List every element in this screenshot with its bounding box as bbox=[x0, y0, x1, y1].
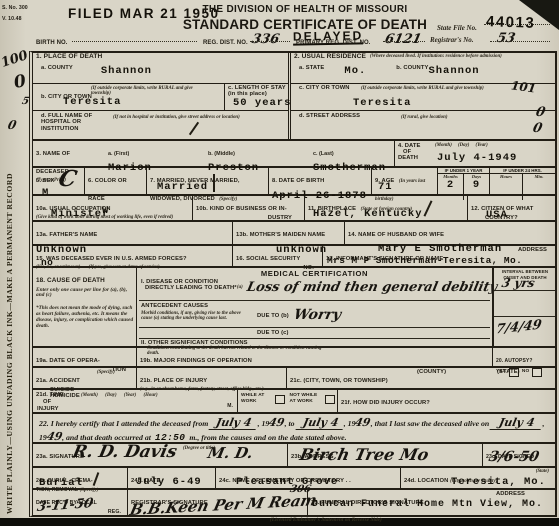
armed-forces-value: no bbox=[41, 257, 53, 268]
certify-to-year: 49 bbox=[354, 416, 372, 429]
not-while-at-work-label: NOT WHILE AT WORK bbox=[290, 393, 324, 406]
accident-specify-note: (Specify) bbox=[97, 370, 115, 375]
residence-city-note: (If outside corporate limits, write RURA… bbox=[361, 86, 511, 91]
row-sex-race-age: 5. SEX M C 6. COLOR OR RACE W 7. MARRIED… bbox=[33, 168, 555, 196]
date-of-death-columns: (Month) (Day) (Year) bbox=[435, 143, 488, 148]
injury-state-label: (STATE) bbox=[497, 369, 520, 375]
handwritten-date-scribble: 7/4/49 bbox=[495, 317, 543, 337]
row-accident-injury-place: 21a. ACCIDENT SUICIDE HOMICIDE (Specify)… bbox=[33, 368, 555, 390]
registrar-number: 53 bbox=[495, 31, 516, 46]
informant-value: Mrs M P Smotherman-Teresita, Mo. bbox=[327, 255, 522, 266]
birthplace-value: Hazel, Kentucky bbox=[313, 208, 423, 220]
handwritten-margin-mark: 0 bbox=[7, 118, 18, 132]
reg-dist-number: 336 bbox=[250, 32, 280, 47]
row-parents-spouse: 13a. FATHER'S NAME Unknown 13b. MOTHER'S… bbox=[33, 222, 555, 246]
state-file-label: State File No. bbox=[437, 26, 477, 31]
handwritten-slash-mark bbox=[424, 200, 433, 216]
first-name-label: a. (First) bbox=[108, 151, 129, 157]
row-occupation-birthplace: 10a. USUAL OCCUPATION (Give kind of work… bbox=[33, 196, 555, 222]
cause-of-death-sidebar: 18. CAUSE OF DEATH Enter only one cause … bbox=[33, 268, 137, 346]
date-of-birth-label: 8. DATE OF BIRTH bbox=[272, 178, 324, 184]
certify-text: , to bbox=[285, 419, 295, 428]
county-label: a. COUNTY bbox=[41, 65, 73, 83]
last-name-label: c. (Last) bbox=[313, 151, 334, 157]
time-of-injury-injury: INJURY bbox=[37, 406, 59, 412]
disease-condition-label2: DIRECTLY LEADING TO DEATH* bbox=[145, 285, 237, 291]
how-did-injury-occur-label: 21f. HOW DID INJURY OCCUR? bbox=[341, 400, 430, 406]
residence-city-label: c. CITY OR TOWN bbox=[299, 85, 350, 110]
registrar-line bbox=[490, 41, 550, 42]
handwritten-tick-mark bbox=[213, 174, 215, 192]
injury-city-label: 21c. (CITY, TOWN, OR TOWNSHIP) bbox=[290, 378, 388, 384]
division-title: THE DIVISION OF HEALTH OF MISSOURI bbox=[160, 4, 450, 15]
row-name-date-of-death: 3. NAME OF DECEASED (Type or Print) a. (… bbox=[33, 141, 555, 168]
death-certificate-scan: S. No. 300 V. 10.48 WRITE PLAINLY—USING … bbox=[0, 0, 559, 526]
section-usual-residence: 2. USUAL RESIDENCE (Where deceased lived… bbox=[291, 53, 555, 139]
primary-reg-line bbox=[383, 41, 425, 42]
industry-label: 10b. KIND OF BUSINESS OR IN- bbox=[196, 206, 287, 212]
disease-condition-tag: (a) bbox=[237, 285, 243, 290]
certificate-form: 1. PLACE OF DEATH a. COUNTY Shannon b. C… bbox=[29, 51, 557, 517]
handwritten-margin-mark: 100 bbox=[0, 48, 30, 71]
burial-date-value: July 6-49 bbox=[136, 476, 202, 488]
certify-to-date: July 4 bbox=[295, 416, 345, 430]
time-of-injury-columns: (Month) (Day) (Year) (Hour) bbox=[81, 393, 158, 398]
due-to-c-label: DUE TO (c) bbox=[257, 330, 289, 336]
certify-text: 22. I hereby certify that I attended the… bbox=[39, 419, 208, 428]
industry-label-2: DUSTRY bbox=[196, 215, 302, 221]
certify-text: m., from the causes and on the date stat… bbox=[189, 433, 346, 442]
antecedent-causes-label: ANTECEDENT CAUSES bbox=[141, 303, 208, 309]
row-time-of-injury: 21d. TIME OF INJURY (Month) (Day) (Year)… bbox=[33, 390, 555, 414]
hours-label: Hours bbox=[490, 174, 522, 179]
accident-label: 21a. ACCIDENT bbox=[36, 378, 80, 384]
major-findings-label: 19b. MAJOR FINDINGS OF OPERATION bbox=[140, 358, 252, 364]
cause-of-death-label: 18. CAUSE OF DEATH bbox=[36, 277, 105, 284]
birth-no-line bbox=[72, 41, 197, 42]
row-physician-signature: 23a. SIGNATURE R. D. Davis M. D. (Degree… bbox=[33, 444, 555, 467]
handwritten-slash-mark bbox=[93, 472, 99, 486]
form-number: S. No. 300 bbox=[2, 5, 28, 11]
ssn-label: 16. SOCIAL SECURITY bbox=[236, 256, 300, 262]
row-armedforces-informant: 15. WAS DECEASED EVER IN U.S. ARMED FORC… bbox=[33, 246, 555, 268]
primary-reg-label: PRIMARY REG. DIST. NO. bbox=[296, 40, 371, 46]
residence-county-label: b. COUNTY bbox=[396, 65, 428, 83]
row-certify-statement: 22. I hereby certify that I attended the… bbox=[33, 414, 555, 444]
handwritten-slash-mark bbox=[189, 122, 199, 135]
city-town-value: Teresita bbox=[63, 96, 121, 108]
physician-signature: R. D. Davis bbox=[71, 442, 179, 462]
street-address-note: (If rural, give location) bbox=[401, 115, 447, 120]
injury-county-label: (COUNTY) bbox=[417, 369, 446, 375]
cause-of-death-footnote: *This does not mean the mode of dying, s… bbox=[36, 305, 134, 329]
length-of-stay-label: c. LENGTH OF STAY (in this place) bbox=[228, 85, 288, 98]
hospital-name-note: (If not in hospital or institution, give… bbox=[113, 115, 278, 120]
armed-forces-label: 15. WAS DECEASED EVER IN U.S. ARMED FORC… bbox=[36, 256, 187, 262]
min-label: Min. bbox=[523, 174, 555, 179]
cause-a-handwritten: Loss of mind then general debility bbox=[245, 280, 498, 295]
medical-certification-area: MEDICAL CERTIFICATION I. DISEASE OR COND… bbox=[137, 268, 493, 346]
margin-instruction-text: WRITE PLAINLY—USING UNFADING BLACK INK—M… bbox=[5, 100, 14, 514]
age-value: 71 bbox=[378, 181, 393, 193]
physician-address-handwritten: Birch Tree Mo bbox=[298, 445, 431, 464]
citizen-value: USA bbox=[486, 209, 508, 221]
certify-text: alive on bbox=[464, 419, 489, 428]
registrar-no-label: Registrar's No. bbox=[430, 38, 474, 43]
primary-reg-number: 6121 bbox=[383, 32, 422, 47]
section-place-of-death: 1. PLACE OF DEATH a. COUNTY Shannon b. C… bbox=[33, 53, 291, 139]
handwritten-tally: 0 bbox=[534, 105, 546, 120]
burial-location-state-note: (State) bbox=[536, 469, 549, 474]
funeral-director-address-label: ADDRESS bbox=[496, 491, 525, 497]
not-while-at-work-checkbox bbox=[325, 395, 335, 404]
sex-label: 5. SEX bbox=[36, 178, 55, 184]
residence-state-label: a. STATE bbox=[299, 65, 324, 83]
reg-dist-label: REG. DIST. NO. bbox=[203, 40, 248, 46]
birth-no-label: BIRTH NO. bbox=[36, 40, 68, 46]
handwritten-tally: 0 bbox=[531, 121, 543, 136]
embalmer-footer-note: (Licensed Embalmer's Statement on Revers… bbox=[270, 518, 382, 523]
certify-lastseen-year: 49 bbox=[45, 430, 63, 443]
place-of-injury-label: 21b. PLACE OF INJURY bbox=[140, 378, 207, 384]
certify-text: , that I last saw the deceased bbox=[371, 419, 462, 428]
months-value: 2 bbox=[438, 179, 463, 191]
burial-value: Burial bbox=[39, 477, 83, 489]
certify-from-year: 49 bbox=[268, 416, 286, 429]
handwritten-margin-mark: 0 bbox=[12, 71, 27, 93]
middle-name-label: b. (Middle) bbox=[208, 151, 235, 157]
while-at-work-checkbox bbox=[275, 395, 285, 404]
length-of-stay-value: 50 years bbox=[233, 97, 291, 109]
residence-state-value: Mo. bbox=[344, 65, 366, 83]
date-of-operation-label: 19a. DATE OF OPERA- bbox=[36, 358, 100, 364]
cemetery-value: Pleasant Grove bbox=[236, 476, 338, 488]
hospital-name-label: d. FULL NAME OF HOSPITAL OR INSTITUTION bbox=[41, 113, 111, 139]
cause-b-handwritten: Worry bbox=[292, 307, 342, 323]
handwritten-tally: 101 bbox=[510, 78, 537, 95]
interval-column: INTERVAL BETWEEN ONSET AND DEATH 3 yrs 7… bbox=[493, 268, 555, 346]
due-to-b-label: DUE TO (b) bbox=[257, 313, 289, 319]
time-of-injury-m: M. bbox=[227, 403, 233, 409]
row-operation-autopsy: 19a. DATE OF OPERA- TION 19b. MAJOR FIND… bbox=[33, 348, 555, 368]
usual-residence-title: 2. USUAL RESIDENCE bbox=[294, 54, 366, 64]
row-registrar-funeral: DATE REC'D BY LOCAL REG. 3-11-50 REGISTR… bbox=[33, 490, 555, 515]
cause-of-death-sub: Enter only one cause per line for (a), (… bbox=[36, 288, 134, 299]
time-of-injury-label: 21d. TIME bbox=[36, 392, 64, 398]
usual-residence-note: (Where deceased lived. If institution: r… bbox=[370, 54, 502, 64]
mother-name-label: 13b. MOTHER'S MAIDEN NAME bbox=[236, 232, 325, 238]
marital-value: Married bbox=[157, 181, 208, 193]
residence-city-value: Teresita bbox=[353, 97, 411, 109]
interval-value: 3 yrs bbox=[501, 276, 537, 290]
certify-text: , and that death occurred at bbox=[62, 433, 151, 442]
county-value: Shannon bbox=[101, 65, 152, 83]
time-of-injury-of: OF bbox=[43, 399, 51, 405]
form-revision: V. 10.48 bbox=[2, 16, 22, 22]
medical-certification-title: MEDICAL CERTIFICATION bbox=[137, 268, 492, 278]
days-value: 9 bbox=[464, 179, 489, 191]
spouse-name-label: 14. NAME OF HUSBAND OR WIFE bbox=[348, 232, 444, 238]
row-cause-of-death: 18. CAUSE OF DEATH Enter only one cause … bbox=[33, 268, 555, 348]
date-signed-handwritten: 3/6-50 bbox=[487, 449, 540, 465]
state-file-number: 44013 bbox=[486, 13, 536, 32]
burial-location-value: Teresita, Mo. bbox=[451, 476, 546, 488]
while-at-work-label: WHILE AT WORK bbox=[241, 393, 273, 406]
certify-lastseen-date: July 4 bbox=[490, 416, 544, 430]
row-place-residence: 1. PLACE OF DEATH a. COUNTY Shannon b. C… bbox=[33, 53, 555, 141]
place-of-death-title: 1. PLACE OF DEATH bbox=[36, 54, 102, 64]
degree-or-title-note: (Degree or title) bbox=[183, 446, 215, 451]
date-of-death-value: July 4-1949 bbox=[437, 152, 517, 164]
funeral-director-value: Duncan Funeral Home Mtn View, Mo. bbox=[312, 499, 543, 510]
autopsy-label: 20. AUTOPSY? bbox=[496, 358, 533, 364]
date-of-death-label-death: DEATH bbox=[398, 155, 418, 161]
street-address-label: d. STREET ADDRESS bbox=[299, 113, 360, 139]
informant-address-label: ADDRESS bbox=[518, 247, 547, 253]
certify-from-date: July 4 bbox=[209, 416, 259, 430]
occupation-value: Minister bbox=[51, 208, 109, 220]
residence-county-value: Shannon bbox=[428, 65, 479, 83]
father-name-label: 13a. FATHER'S NAME bbox=[36, 232, 97, 238]
reg-dist-line bbox=[250, 41, 290, 42]
antecedent-causes-note: Morbid conditions, if any, giving rise t… bbox=[141, 311, 249, 322]
